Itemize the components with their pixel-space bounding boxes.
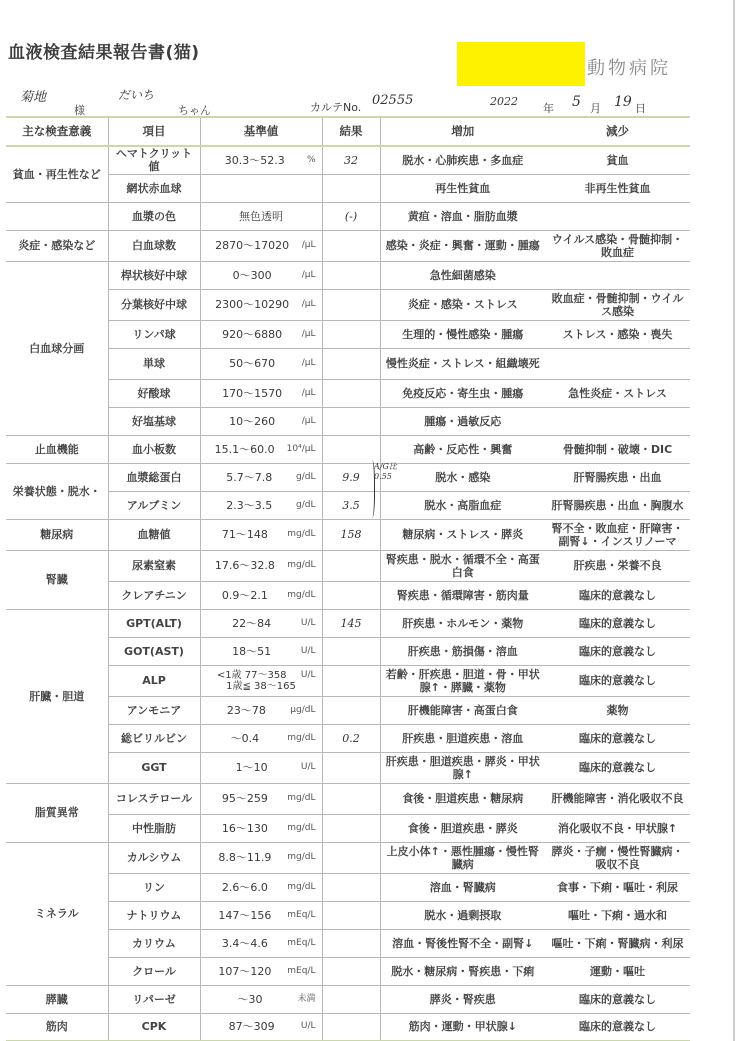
reference-value: 8.8〜11.9 [218,851,271,864]
unit: g/dL [296,471,319,484]
item-name: リン [108,873,200,901]
increase-causes: 筋肉・運動・甲状腺↓ [380,1013,545,1041]
decrease-causes [545,261,690,289]
increase-causes: 脱水・過剰摂取 [380,901,545,929]
result-value [322,929,380,957]
ag-ratio-label: A/G比 [374,462,397,472]
increase-causes: 腎疾患・脱水・循環不全・高蛋白食 [380,550,545,581]
item-name: 好塩基球 [108,407,200,435]
date-day: 19 [614,94,632,110]
reference-range: 95〜259mg/dL [200,783,322,814]
unit: mg/dL [287,732,319,745]
decrease-causes: ウイルス感染・骨髄抑制・敗血症 [545,230,690,261]
decrease-causes: 肝腎腸疾患・出血・胸腹水 [545,491,690,519]
category-cell: 糖尿病 [6,519,108,550]
item-name: コレステロール [108,783,200,814]
table-row: 網状赤血球再生性貧血非再生性貧血 [6,174,690,202]
item-name: 単球 [108,348,200,379]
reference-range: 50〜670/μL [200,348,322,379]
item-name: クレアチニン [108,581,200,609]
increase-causes: 肝機能障害・高蛋白食 [380,696,545,724]
decrease-causes: ストレス・感染・喪失 [545,320,690,348]
decrease-causes: 骨髄抑制・破壊・DIC [545,435,690,463]
unit: /μL [302,239,320,252]
category-cell: 貧血・再生性など [6,146,108,202]
increase-causes: 膵炎・腎疾患 [380,985,545,1013]
result-value [322,174,380,202]
decrease-causes: 肝機能障害・消化吸収不良 [545,783,690,814]
increase-causes: 食後・胆道疾患・糖尿病 [380,783,545,814]
unit: mEq/L [287,909,319,922]
reference-range: 3.4〜4.6mEq/L [200,929,322,957]
reference-range: 2300〜10290/μL [200,289,322,320]
result-value: 32 [322,146,380,174]
unit: mg/dL [287,528,319,541]
increase-causes: 糖尿病・ストレス・膵炎 [380,519,545,550]
increase-causes: 脱水・糖尿病・腎疾患・下痢 [380,957,545,985]
table-row: 炎症・感染など白血球数2870〜17020/μL感染・炎症・興奮・運動・腫瘍ウイ… [6,230,690,261]
decrease-causes: 嘔吐・下痢・腎臓病・利尿 [545,929,690,957]
increase-causes: 肝疾患・ホルモン・薬物 [380,609,545,637]
item-name: CPK [108,1013,200,1041]
increase-causes: 急性細菌感染 [380,261,545,289]
item-name: リンパ球 [108,320,200,348]
result-value [322,348,380,379]
result-value [322,842,380,873]
table-row: 好酸球170〜1570/μL免疫反応・寄生虫・腫瘍急性炎症・ストレス [6,379,690,407]
reference-value: 95〜259 [222,792,268,805]
table-row: クレアチニン0.9〜2.1mg/dL腎疾患・循環障害・筋肉量臨床的意義なし [6,581,690,609]
table-row: 筋肉CPK87〜309U/L筋肉・運動・甲状腺↓臨床的意義なし [6,1013,690,1041]
decrease-causes: 消化吸収不良・甲状腺↑ [545,814,690,842]
reference-range: 71〜148mg/dL [200,519,322,550]
decrease-causes: 臨床的意義なし [545,985,690,1013]
unit: /μL [302,269,320,282]
table-body: 貧血・再生性などヘマトクリット値30.3〜52.3%32脱水・心肺疾患・多血症貧… [6,146,690,1041]
reference-value: 5.7〜7.8 [226,471,272,484]
decrease-causes: 食事・下痢・嘔吐・利尿 [545,873,690,901]
reference-value: 18〜51 [232,645,271,658]
increase-causes: 若齢・肝疾患・胆道・骨・甲状腺↑・膵臓・薬物 [380,665,545,696]
item-name: 血糖値 [108,519,200,550]
reference-value: 23〜78 [227,704,266,717]
increase-causes: 肝疾患・筋損傷・溶血 [380,637,545,665]
result-value [322,230,380,261]
reference-range: 〜30未満 [200,985,322,1013]
result-value [322,407,380,435]
decrease-causes: 貧血 [545,146,690,174]
reference-value: 〜30 [237,993,262,1006]
reference-range: 15.1〜60.010⁴/μL [200,435,322,463]
unit: /μL [302,387,320,400]
table-row: カリウム3.4〜4.6mEq/L溶血・腎後性腎不全・副腎↓嘔吐・下痢・腎臓病・利… [6,929,690,957]
item-name: 白血球数 [108,230,200,261]
blood-test-table: 主な検査意義 項目 基準値 結果 増加 減少 貧血・再生性などヘマトクリット値3… [6,116,690,1041]
decrease-causes: 敗血症・骨髄抑制・ウイルス感染 [545,289,690,320]
reference-value: 15.1〜60.0 [215,443,275,456]
item-name: GPT(ALT) [108,609,200,637]
item-name: ヘマトクリット値 [108,146,200,174]
unit: U/L [301,1020,320,1033]
result-value [322,320,380,348]
increase-causes: 脱水・感染 [380,463,545,491]
table-row: 腎臓尿素窒素17.6〜32.8mg/dL腎疾患・脱水・循環不全・高蛋白食肝疾患・… [6,550,690,581]
increase-causes: 腫瘍・過敏反応 [380,407,545,435]
table-row: 分葉核好中球2300〜10290/μL炎症・感染・ストレス敗血症・骨髄抑制・ウイ… [6,289,690,320]
unit: mg/dL [287,559,319,572]
table-row: ALPU/L<1歳 77〜3581歳≦ 38〜165若齢・肝疾患・胆道・骨・甲状… [6,665,690,696]
decrease-causes: 臨床的意義なし [545,637,690,665]
table-row: 血漿の色無色透明(-)黄疸・溶血・脂肪血漿 [6,202,690,230]
result-value [322,873,380,901]
reference-range: 〜0.4mg/dL [200,724,322,752]
owner-name: 菊地 [20,86,46,105]
unit: /μL [302,298,320,311]
decrease-causes [545,348,690,379]
item-name: クロール [108,957,200,985]
table-row: 貧血・再生性などヘマトクリット値30.3〜52.3%32脱水・心肺疾患・多血症貧… [6,146,690,174]
increase-causes: 慢性炎症・ストレス・組織壊死 [380,348,545,379]
day-label: 日 [635,100,646,116]
increase-causes: 免疫反応・寄生虫・腫瘍 [380,379,545,407]
reference-value: 16〜130 [222,822,268,835]
date-year: 2022 [490,95,518,108]
decrease-causes [545,202,690,230]
reference-range: 0.9〜2.1mg/dL [200,581,322,609]
decrease-causes: 臨床的意義なし [545,724,690,752]
reference-range: 2.6〜6.0mg/dL [200,873,322,901]
ag-ratio-value: 0.55 [374,472,397,482]
result-value [322,783,380,814]
category-cell: 筋肉 [6,1013,108,1041]
col-header-significance: 主な検査意義 [6,117,108,146]
category-cell: 肝臓・胆道 [6,609,108,783]
table-row: 止血機能血小板数15.1〜60.010⁴/μL高齢・反応性・興奮骨髄抑制・破壊・… [6,435,690,463]
col-header-result: 結果 [322,117,380,146]
table-row: 膵臓リパーゼ〜30未満膵炎・腎疾患臨床的意義なし [6,985,690,1013]
reference-range: 無色透明 [200,202,322,230]
item-name: 血漿総蛋白 [108,463,200,491]
result-value [322,289,380,320]
reference-value: 2.3〜3.5 [226,499,272,512]
reference-range: 30.3〜52.3% [200,146,322,174]
table-row: リン2.6〜6.0mg/dL溶血・腎臓病食事・下痢・嘔吐・利尿 [6,873,690,901]
decrease-causes: 臨床的意義なし [545,752,690,783]
item-name: アンモニア [108,696,200,724]
item-name: 総ビリルビン [108,724,200,752]
category-cell: 止血機能 [6,435,108,463]
category-cell: 栄養状態・脱水・ [6,463,108,519]
table-row: 総ビリルビン〜0.4mg/dL0.2肝疾患・胆道疾患・溶血臨床的意義なし [6,724,690,752]
reference-value: 10〜260 [229,415,275,428]
table-row: 単球50〜670/μL慢性炎症・ストレス・組織壊死 [6,348,690,379]
table-row: 糖尿病血糖値71〜148mg/dL158糖尿病・ストレス・膵炎腎不全・敗血症・肝… [6,519,690,550]
reference-range: 23〜78μg/dL [200,696,322,724]
result-value [322,1013,380,1041]
category-cell: ミネラル [6,842,108,985]
unit: mg/dL [287,792,319,805]
item-name: 中性脂肪 [108,814,200,842]
item-name: GGT [108,752,200,783]
result-value [322,665,380,696]
unit: /μL [302,357,320,370]
reference-range [200,174,322,202]
item-name: 血小板数 [108,435,200,463]
table-row: ナトリウム147〜156mEq/L脱水・過剰摂取嘔吐・下痢・過水和 [6,901,690,929]
year-label: 年 [543,100,554,116]
reference-range: 0〜300/μL [200,261,322,289]
increase-causes: 上皮小体↑・悪性腫瘍・慢性腎臓病 [380,842,545,873]
increase-causes: 食後・胆道疾患・膵炎 [380,814,545,842]
clinic-name-redaction [457,42,585,86]
reference-range: 16〜130mg/dL [200,814,322,842]
unit: mg/dL [287,822,319,835]
report-title: 血液検査結果報告書(猫) [8,38,200,63]
decrease-causes: 薬物 [545,696,690,724]
result-value [322,985,380,1013]
table-row: ミネラルカルシウム8.8〜11.9mg/dL上皮小体↑・悪性腫瘍・慢性腎臓病膵炎… [6,842,690,873]
reference-value: 30.3〜52.3 [225,154,285,167]
result-value: 0.2 [322,724,380,752]
unit: mg/dL [287,881,319,894]
increase-causes: 高齢・反応性・興奮 [380,435,545,463]
reference-range: 8.8〜11.9mg/dL [200,842,322,873]
clinic-name-suffix: 動物病院 [587,54,671,80]
unit: mEq/L [287,937,319,950]
item-name: 桿状核好中球 [108,261,200,289]
reference-range: 2.3〜3.5g/dL [200,491,322,519]
category-cell: 腎臓 [6,550,108,609]
category-cell: 膵臓 [6,985,108,1013]
unit: g/dL [296,499,319,512]
result-value [322,261,380,289]
category-cell [6,202,108,230]
increase-causes: 脱水・心肺疾患・多血症 [380,146,545,174]
unit: % [307,154,320,167]
col-header-increase: 増加 [380,117,545,146]
item-name: 分葉核好中球 [108,289,200,320]
reference-value: 147〜156 [218,909,271,922]
result-value [322,957,380,985]
reference-range: 170〜1570/μL [200,379,322,407]
decrease-causes: 肝腎腸疾患・出血 [545,463,690,491]
result-value [322,379,380,407]
category-cell: 炎症・感染など [6,230,108,261]
increase-causes: 脱水・高脂血症 [380,491,545,519]
reference-range: 17.6〜32.8mg/dL [200,550,322,581]
reference-value: 1〜10 [236,761,268,774]
karte-label: カルテNo. [310,99,361,115]
decrease-causes: 肝疾患・栄養不良 [545,550,690,581]
item-name: カリウム [108,929,200,957]
result-value [322,550,380,581]
decrease-causes: 臨床的意義なし [545,609,690,637]
increase-causes: 炎症・感染・ストレス [380,289,545,320]
unit: μg/dL [290,704,319,717]
reference-range: 5.7〜7.8g/dL [200,463,322,491]
increase-causes: 感染・炎症・興奮・運動・腫瘍 [380,230,545,261]
result-value [322,435,380,463]
reference-value: 170〜1570 [222,387,282,400]
increase-causes: 生理的・慢性感染・腫瘍 [380,320,545,348]
increase-causes: 腎疾患・循環障害・筋肉量 [380,581,545,609]
unit: mg/dL [287,851,319,864]
month-label: 月 [590,100,601,116]
reference-range: 920〜6880/μL [200,320,322,348]
reference-value: 0〜300 [233,269,272,282]
col-header-item: 項目 [108,117,200,146]
result-value [322,901,380,929]
increase-causes: 肝疾患・胆道疾患・溶血 [380,724,545,752]
scan-edge-line [733,0,735,1041]
result-value: 145 [322,609,380,637]
reference-range: 1〜10U/L [200,752,322,783]
reference-range: 87〜309U/L [200,1013,322,1041]
reference-value: 22〜84 [232,617,271,630]
item-name: カルシウム [108,842,200,873]
ag-ratio-note: A/G比 0.55 [374,462,397,482]
reference-value: 〜0.4 [231,732,260,745]
category-cell: 白血球分画 [6,261,108,435]
increase-causes: 溶血・腎臓病 [380,873,545,901]
reference-range: 10〜260/μL [200,407,322,435]
unit: /μL [302,328,320,341]
reference-value: 50〜670 [229,357,275,370]
col-header-reference: 基準値 [200,117,322,146]
increase-causes: 再生性貧血 [380,174,545,202]
reference-range: 107〜120mEq/L [200,957,322,985]
increase-causes: 溶血・腎後性腎不全・副腎↓ [380,929,545,957]
result-value [322,581,380,609]
decrease-causes: 非再生性貧血 [545,174,690,202]
reference-value: 920〜6880 [222,328,282,341]
item-name: 網状赤血球 [108,174,200,202]
decrease-causes: 臨床的意義なし [545,1013,690,1041]
unit: U/L [301,670,320,681]
reference-range: U/L<1歳 77〜3581歳≦ 38〜165 [200,665,322,696]
table-row: 中性脂肪16〜130mg/dL食後・胆道疾患・膵炎消化吸収不良・甲状腺↑ [6,814,690,842]
item-name: GOT(AST) [108,637,200,665]
unit: U/L [301,761,320,774]
reference-value: 2870〜17020 [215,239,289,252]
item-name: ナトリウム [108,901,200,929]
item-name: リパーゼ [108,985,200,1013]
unit: /μL [302,415,320,428]
reference-range: 2870〜17020/μL [200,230,322,261]
unit: U/L [301,645,320,658]
result-value [322,814,380,842]
reference-value: 2.6〜6.0 [222,881,268,894]
table-row: アルブミン2.3〜3.5g/dL3.5脱水・高脂血症肝腎腸疾患・出血・胸腹水 [6,491,690,519]
reference-range: 22〜84U/L [200,609,322,637]
reference-value: 87〜309 [229,1020,275,1033]
table-header-row: 主な検査意義 項目 基準値 結果 増加 減少 [6,117,690,146]
decrease-causes [545,407,690,435]
result-value [322,696,380,724]
table-row: アンモニア23〜78μg/dL肝機能障害・高蛋白食薬物 [6,696,690,724]
reference-range: 18〜51U/L [200,637,322,665]
item-name: 尿素窒素 [108,550,200,581]
decrease-causes: 急性炎症・ストレス [545,379,690,407]
unit: mEq/L [287,965,319,978]
unit: mg/dL [287,589,319,602]
table-row: クロール107〜120mEq/L脱水・糖尿病・腎疾患・下痢運動・嘔吐 [6,957,690,985]
result-value: (-) [322,202,380,230]
reference-value: 3.4〜4.6 [222,937,268,950]
category-cell: 脂質異常 [6,783,108,842]
result-value: 158 [322,519,380,550]
decrease-causes: 臨床的意義なし [545,665,690,696]
table-row: 栄養状態・脱水・血漿総蛋白5.7〜7.8g/dL9.9脱水・感染肝腎腸疾患・出血 [6,463,690,491]
table-row: GOT(AST)18〜51U/L肝疾患・筋損傷・溶血臨床的意義なし [6,637,690,665]
col-header-decrease: 減少 [545,117,690,146]
decrease-causes: 運動・嘔吐 [545,957,690,985]
result-value [322,752,380,783]
reference-value: 17.6〜32.8 [215,559,275,572]
reference-value: 無色透明 [239,210,283,223]
reference-range: 147〜156mEq/L [200,901,322,929]
table-row: 脂質異常コレステロール95〜259mg/dL食後・胆道疾患・糖尿病肝機能障害・消… [6,783,690,814]
decrease-causes: 嘔吐・下痢・過水和 [545,901,690,929]
unit: 未満 [297,993,319,1006]
table-row: 好塩基球10〜260/μL腫瘍・過敏反応 [6,407,690,435]
item-name: ALP [108,665,200,696]
decrease-causes: 膵炎・子癇・慢性腎臓病・吸収不良 [545,842,690,873]
reference-value: 2300〜10290 [215,298,289,311]
unit: 10⁴/μL [287,443,320,456]
increase-causes: 黄疸・溶血・脂肪血漿 [380,202,545,230]
result-value [322,637,380,665]
increase-causes: 肝疾患・胆道疾患・膵炎・甲状腺↑ [380,752,545,783]
reference-range-line2: 1歳≦ 38〜165 [203,681,320,692]
table-row: 白血球分画桿状核好中球0〜300/μL急性細菌感染 [6,261,690,289]
table-row: 肝臓・胆道GPT(ALT)22〜84U/L145肝疾患・ホルモン・薬物臨床的意義… [6,609,690,637]
reference-value: 0.9〜2.1 [222,589,268,602]
table-row: GGT1〜10U/L肝疾患・胆道疾患・膵炎・甲状腺↑臨床的意義なし [6,752,690,783]
item-name: 血漿の色 [108,202,200,230]
decrease-causes: 腎不全・敗血症・肝障害・副腎↓・インスリノーマ [545,519,690,550]
item-name: 好酸球 [108,379,200,407]
decrease-causes: 臨床的意義なし [545,581,690,609]
reference-value: 107〜120 [218,965,271,978]
date-month: 5 [572,94,581,110]
pet-name: だいち [118,86,154,103]
karte-number: 02555 [372,93,413,108]
unit: U/L [301,617,320,630]
reference-value: 71〜148 [222,528,268,541]
table-row: リンパ球920〜6880/μL生理的・慢性感染・腫瘍ストレス・感染・喪失 [6,320,690,348]
item-name: アルブミン [108,491,200,519]
